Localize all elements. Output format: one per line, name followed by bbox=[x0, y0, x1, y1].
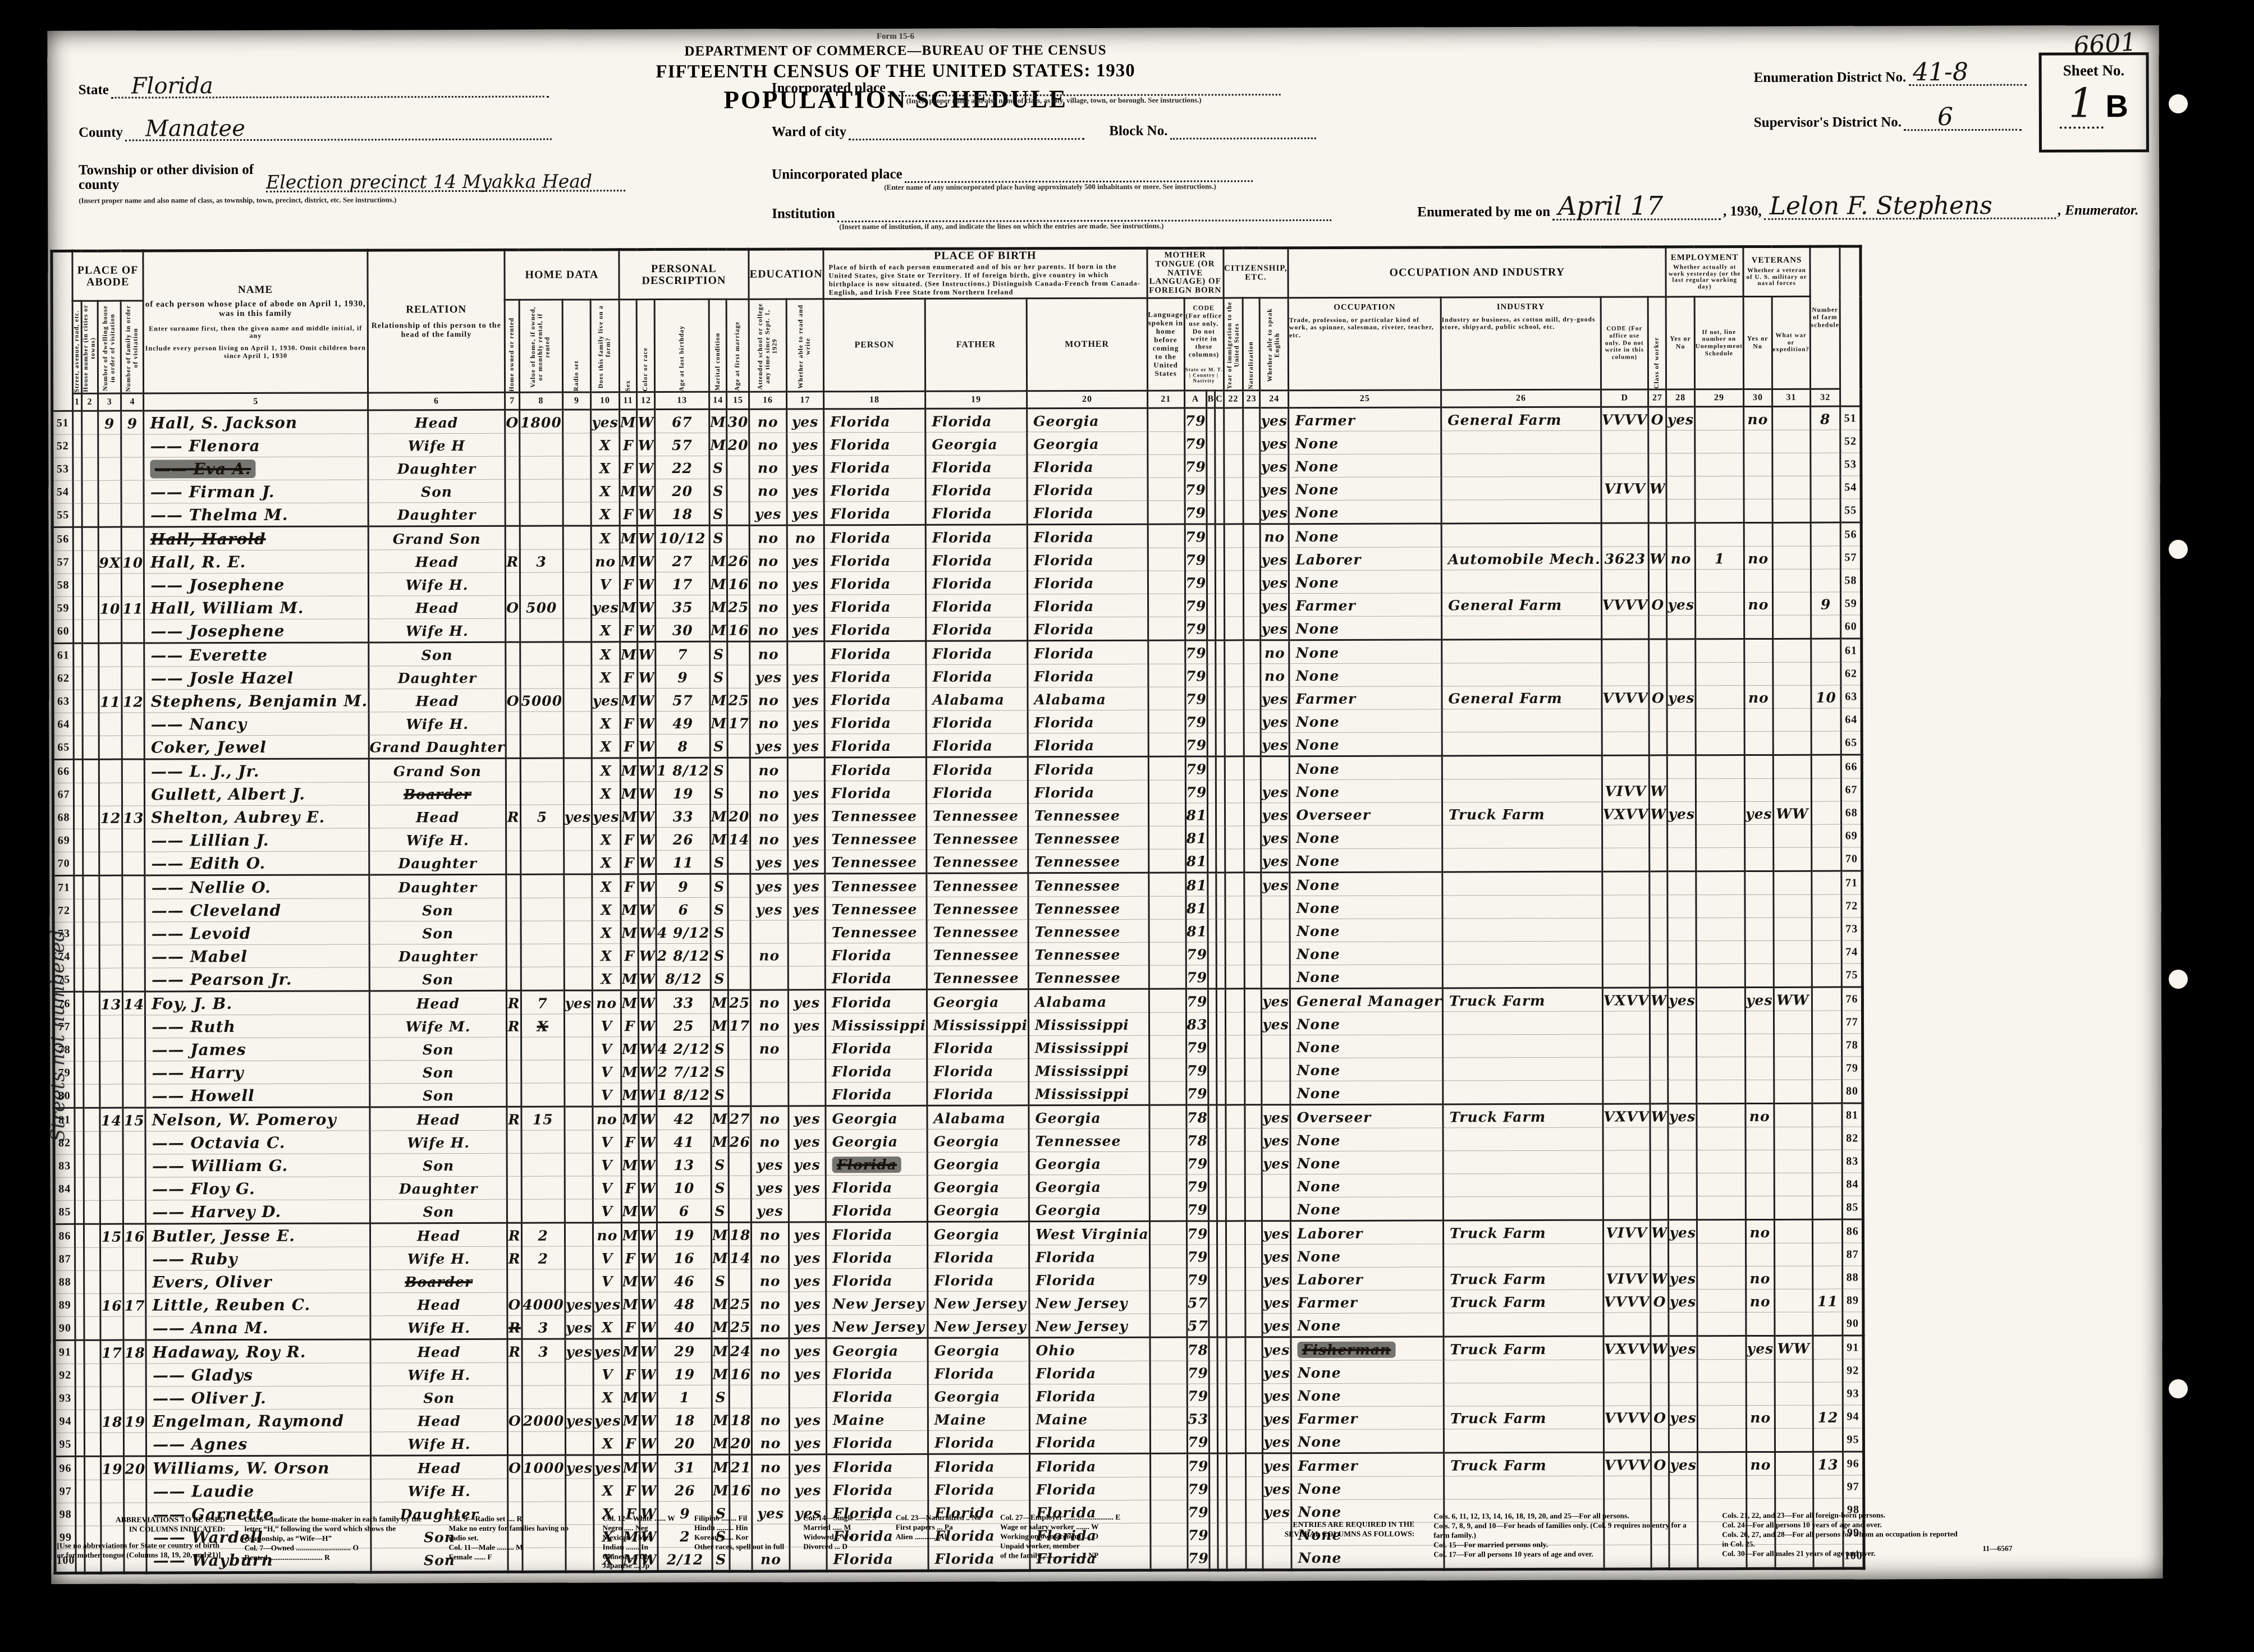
cell-c25: None bbox=[1289, 524, 1442, 548]
cell-c9 bbox=[563, 526, 592, 549]
cell-c20: Georgia bbox=[1029, 1105, 1149, 1129]
cell-c21 bbox=[1150, 1361, 1187, 1384]
cell-c21 bbox=[1150, 1384, 1187, 1407]
line-number: 96 bbox=[55, 1456, 76, 1480]
cell-c6: Wife H. bbox=[370, 1130, 507, 1154]
enumerated-date-field: April 17 bbox=[1552, 208, 1721, 221]
line-number: 84 bbox=[54, 1177, 75, 1200]
cell-cC bbox=[1217, 1035, 1226, 1058]
cell-c19: Florida bbox=[928, 1268, 1029, 1291]
cell-c24: yes bbox=[1260, 455, 1289, 478]
cell-c2 bbox=[83, 945, 99, 968]
cell-c12: W bbox=[639, 1153, 657, 1176]
cell-c8 bbox=[520, 758, 563, 782]
cell-c13: 57 bbox=[656, 688, 710, 711]
cell-c4 bbox=[122, 875, 145, 899]
cell-c27 bbox=[1650, 825, 1667, 848]
cell-cB bbox=[1210, 1477, 1218, 1500]
cell-cA: 81 bbox=[1185, 826, 1208, 849]
cell-c22 bbox=[1226, 1151, 1245, 1174]
cell-c20: Mississippi bbox=[1028, 1012, 1149, 1036]
col-number-cA: A bbox=[1184, 391, 1207, 408]
abbrev-head: ABBREVIATIONS TO BE USED IN COLUMNS INDI… bbox=[57, 1515, 244, 1560]
col-head-c15: Age at first marriage bbox=[727, 299, 749, 392]
cell-c16: no bbox=[751, 1013, 788, 1036]
cell-cA: 79 bbox=[1186, 1035, 1208, 1058]
township-field: Election precinct 14 Myakka Head bbox=[266, 180, 625, 192]
cell-c27 bbox=[1650, 895, 1667, 918]
cell-c2 bbox=[82, 503, 98, 527]
cell-c5: —— Lillian J. bbox=[145, 828, 369, 852]
group-relation: RELATIONRelationship of this person to t… bbox=[368, 250, 505, 393]
cell-c18: Florida bbox=[824, 478, 926, 501]
cell-c19: Florida bbox=[926, 664, 1028, 687]
cell-c32 bbox=[1811, 569, 1840, 592]
cell-c4: 11 bbox=[122, 596, 144, 619]
cell-c14: S bbox=[711, 874, 729, 897]
cell-c6: Wife H. bbox=[370, 1479, 508, 1502]
col-head-c32: Number of farm schedule bbox=[1810, 246, 1840, 389]
cell-c16: no bbox=[751, 1036, 788, 1059]
cell-c10: X bbox=[592, 944, 621, 967]
cell-c29 bbox=[1696, 848, 1745, 871]
cell-c14: M bbox=[712, 1292, 730, 1315]
cell-c14: S bbox=[709, 456, 727, 479]
cell-c19: Georgia bbox=[927, 1198, 1029, 1222]
cell-cD bbox=[1602, 755, 1650, 779]
cell-c25: Laborer bbox=[1291, 1220, 1444, 1245]
cell-c16: no bbox=[749, 479, 786, 502]
cell-c9: yes bbox=[565, 1339, 594, 1362]
cell-c17: yes bbox=[789, 1478, 826, 1501]
cell-c9 bbox=[565, 1246, 593, 1269]
cell-c30 bbox=[1746, 1127, 1774, 1150]
cell-c12: W bbox=[640, 1385, 658, 1408]
cell-cD: VXVV bbox=[1602, 802, 1650, 825]
cell-cC bbox=[1217, 1430, 1226, 1453]
cell-c18: Florida bbox=[826, 1384, 928, 1407]
cell-c23 bbox=[1244, 849, 1261, 873]
cell-c10: yes bbox=[593, 1339, 622, 1362]
cell-cB bbox=[1208, 756, 1216, 780]
cell-cA: 57 bbox=[1186, 1314, 1209, 1337]
cell-c8: 4000 bbox=[522, 1292, 565, 1315]
cell-c8 bbox=[520, 479, 563, 502]
cell-cB bbox=[1210, 1407, 1218, 1430]
cell-c2 bbox=[84, 1387, 100, 1410]
col-head-c7: Home owned or rented bbox=[505, 300, 519, 392]
cell-c15 bbox=[728, 781, 750, 804]
cell-c8 bbox=[521, 1199, 565, 1223]
cell-c32 bbox=[1812, 1127, 1842, 1150]
cell-c24: yes bbox=[1261, 687, 1290, 710]
cell-c5: Hall, S. Jackson bbox=[144, 410, 368, 434]
cell-cB bbox=[1209, 1197, 1217, 1221]
cell-c22 bbox=[1224, 594, 1244, 617]
cell-c16: no bbox=[750, 943, 787, 966]
cell-c2 bbox=[83, 899, 99, 922]
cell-c1 bbox=[75, 1108, 84, 1131]
cell-c7 bbox=[506, 735, 520, 758]
cell-c24: yes bbox=[1259, 408, 1289, 432]
cell-c4 bbox=[122, 783, 145, 806]
cell-c8 bbox=[522, 1385, 565, 1408]
cell-c24: yes bbox=[1262, 1128, 1291, 1151]
cell-c20: Florida bbox=[1027, 455, 1148, 478]
cell-c2 bbox=[83, 619, 99, 643]
cell-c11: F bbox=[619, 433, 637, 456]
cell-c15: 16 bbox=[727, 572, 750, 595]
cell-c17: yes bbox=[787, 711, 824, 734]
cell-cC bbox=[1215, 432, 1224, 455]
cell-c12: W bbox=[638, 944, 656, 967]
cell-c13: 1 8/12 bbox=[656, 758, 711, 781]
cell-c17: yes bbox=[789, 1269, 826, 1292]
cell-c9 bbox=[565, 1153, 593, 1176]
cell-c8 bbox=[520, 618, 563, 642]
cell-c14: S bbox=[711, 1176, 729, 1199]
abbrev-col-4: Filipino ........ Fil Hindu ......... Hi… bbox=[694, 1514, 784, 1552]
entries-left: Cols. 6, 11, 12, 13, 14, 16, 18, 19, 20,… bbox=[1433, 1511, 1703, 1559]
cell-c12: W bbox=[637, 410, 655, 433]
col-number-c22: 22 bbox=[1224, 391, 1243, 408]
cell-c2 bbox=[84, 1200, 100, 1224]
cell-c31 bbox=[1772, 546, 1811, 569]
cell-c5: —— Harvey D. bbox=[146, 1200, 370, 1224]
cell-c4 bbox=[122, 573, 144, 596]
line-number: 60 bbox=[1841, 615, 1862, 639]
cell-c4 bbox=[122, 667, 144, 690]
cell-c24: yes bbox=[1261, 989, 1290, 1012]
line-number: 95 bbox=[1843, 1428, 1864, 1452]
cell-c20: Tennessee bbox=[1029, 1128, 1149, 1152]
cell-cB bbox=[1207, 478, 1215, 501]
cell-c14: S bbox=[709, 479, 727, 502]
cell-c10: X bbox=[592, 874, 621, 898]
cell-cA: 78 bbox=[1187, 1337, 1210, 1361]
cell-c3 bbox=[98, 457, 121, 480]
cell-cB bbox=[1207, 548, 1216, 571]
cell-c23 bbox=[1244, 687, 1260, 710]
cell-c1 bbox=[74, 759, 83, 783]
line-number: 58 bbox=[52, 573, 73, 596]
cell-c32 bbox=[1813, 1243, 1843, 1266]
cell-c10: X bbox=[591, 433, 620, 456]
cell-c31 bbox=[1773, 755, 1812, 778]
cell-c10: yes bbox=[592, 805, 621, 828]
line-number: 96 bbox=[1843, 1452, 1864, 1475]
cell-c5: —— Josephene bbox=[144, 619, 369, 643]
cell-c27: W bbox=[1651, 1336, 1669, 1360]
cell-c8 bbox=[521, 921, 564, 944]
cell-cC bbox=[1215, 571, 1224, 594]
cell-c31 bbox=[1774, 963, 1812, 987]
cell-c15: 30 bbox=[727, 409, 749, 433]
cell-c26 bbox=[1444, 1360, 1604, 1383]
cell-c26 bbox=[1444, 1383, 1604, 1406]
cell-c30 bbox=[1744, 522, 1772, 546]
cell-c28: yes bbox=[1667, 802, 1696, 825]
cell-c31 bbox=[1772, 522, 1811, 546]
cell-c30 bbox=[1744, 778, 1773, 801]
cell-c22 bbox=[1226, 1453, 1246, 1477]
cell-c7: R bbox=[506, 805, 521, 828]
cell-c8: 3 bbox=[520, 549, 563, 572]
cell-c19: Florida bbox=[927, 1036, 1029, 1059]
cell-cC bbox=[1216, 873, 1225, 896]
cell-c18: Georgia bbox=[826, 1338, 928, 1361]
cell-c15: 14 bbox=[729, 1246, 752, 1269]
cell-c10: X bbox=[592, 782, 620, 805]
cell-c8 bbox=[520, 782, 563, 805]
cell-c4 bbox=[121, 457, 144, 480]
cell-c28 bbox=[1669, 1196, 1697, 1220]
cell-c2 bbox=[84, 1131, 100, 1154]
cell-cC bbox=[1217, 1361, 1226, 1384]
cell-c32 bbox=[1811, 430, 1840, 453]
cell-c24: yes bbox=[1262, 1453, 1291, 1477]
cell-c23 bbox=[1245, 1151, 1262, 1174]
cell-c12: W bbox=[639, 1362, 657, 1385]
cell-c29: 1 bbox=[1695, 547, 1744, 570]
cell-c10: yes bbox=[593, 1292, 622, 1315]
cell-c24: yes bbox=[1261, 849, 1290, 873]
cell-c6: Son bbox=[370, 1083, 507, 1107]
cell-c13: 8/12 bbox=[657, 966, 711, 990]
cell-c21 bbox=[1149, 1245, 1186, 1268]
cell-c17 bbox=[788, 1059, 825, 1082]
cell-c14: S bbox=[710, 734, 728, 758]
cell-c3 bbox=[99, 852, 122, 875]
cell-c7 bbox=[507, 1385, 522, 1408]
cell-c17 bbox=[788, 943, 825, 966]
cell-cC bbox=[1217, 1081, 1226, 1105]
cell-c20: Florida bbox=[1029, 1361, 1150, 1384]
cell-c15: 24 bbox=[729, 1338, 752, 1362]
cell-c15: 18 bbox=[730, 1408, 752, 1431]
cell-c11: F bbox=[620, 851, 638, 874]
cell-cB bbox=[1209, 1314, 1217, 1337]
cell-c16: no bbox=[750, 549, 787, 572]
cell-cD: VVVV bbox=[1604, 1452, 1651, 1476]
cell-c28: yes bbox=[1669, 1220, 1697, 1243]
cell-cA: 79 bbox=[1185, 594, 1207, 617]
cell-c1 bbox=[73, 573, 82, 596]
cell-c17: yes bbox=[788, 990, 826, 1013]
cell-c29 bbox=[1697, 1266, 1746, 1290]
cell-c27: W bbox=[1650, 988, 1668, 1011]
cell-c27 bbox=[1650, 1080, 1668, 1104]
cell-c31 bbox=[1775, 1475, 1813, 1498]
cell-c32 bbox=[1811, 615, 1841, 639]
cell-c22 bbox=[1226, 1268, 1245, 1291]
cell-c20: Florida bbox=[1030, 1477, 1151, 1500]
cell-c31 bbox=[1773, 708, 1812, 731]
cell-c4 bbox=[123, 1316, 146, 1340]
cell-c10: X bbox=[593, 1385, 622, 1408]
cell-cD bbox=[1601, 453, 1649, 476]
cell-c10: yes bbox=[592, 595, 620, 618]
cell-c8 bbox=[520, 433, 563, 456]
cell-c18: Mississippi bbox=[826, 1013, 927, 1036]
cell-c27: W bbox=[1650, 1104, 1668, 1127]
cell-c10: no bbox=[591, 549, 620, 572]
cell-c13: 49 bbox=[656, 711, 710, 734]
cell-cB bbox=[1207, 455, 1215, 478]
cell-c7 bbox=[507, 1130, 521, 1153]
cell-cC bbox=[1217, 1268, 1226, 1291]
cell-c15 bbox=[729, 1199, 752, 1222]
cell-c1 bbox=[74, 713, 83, 736]
cell-c7 bbox=[505, 479, 520, 502]
cell-cC bbox=[1217, 1337, 1226, 1361]
cell-c15 bbox=[730, 1385, 752, 1408]
cell-c3 bbox=[99, 783, 122, 806]
cell-c6: Head bbox=[368, 549, 506, 573]
cell-c30 bbox=[1744, 615, 1773, 639]
cell-c1 bbox=[74, 690, 83, 713]
cell-c15 bbox=[727, 502, 750, 525]
cell-c31 bbox=[1772, 476, 1811, 499]
cell-c11: M bbox=[621, 1107, 639, 1130]
cell-c16: no bbox=[752, 1222, 789, 1246]
cell-c23 bbox=[1244, 896, 1261, 919]
cell-c14: S bbox=[711, 1059, 729, 1082]
cell-c7 bbox=[506, 666, 520, 689]
cell-c23 bbox=[1245, 1035, 1261, 1058]
cell-c26: General Farm bbox=[1441, 407, 1601, 431]
census-scan-page: { "scan": { "corner_number": "6601", "ma… bbox=[0, 0, 2254, 1652]
cell-c24: yes bbox=[1261, 710, 1290, 733]
cell-cD bbox=[1604, 1313, 1651, 1336]
cell-cB bbox=[1208, 733, 1216, 756]
cell-c29 bbox=[1696, 663, 1744, 686]
line-number: 60 bbox=[53, 619, 74, 643]
cell-c9 bbox=[564, 944, 593, 967]
cell-c1 bbox=[74, 945, 83, 968]
cell-cD bbox=[1602, 1057, 1650, 1080]
col-head-c30: Yes or No bbox=[1743, 296, 1772, 389]
cell-c8 bbox=[520, 642, 563, 666]
cell-c9 bbox=[563, 758, 592, 782]
cell-c24: yes bbox=[1261, 733, 1290, 756]
cell-c28 bbox=[1667, 825, 1696, 848]
cell-c12: W bbox=[639, 1223, 657, 1246]
cell-c21 bbox=[1148, 803, 1185, 826]
cell-c32: 12 bbox=[1813, 1405, 1843, 1428]
line-number: 66 bbox=[1841, 755, 1862, 778]
abbrev-col-2: Col. 9—Radio set .... R Make no entry fo… bbox=[448, 1514, 583, 1562]
cell-c6: Daughter bbox=[368, 502, 506, 526]
cell-cC bbox=[1216, 919, 1225, 942]
cell-cA: 79 bbox=[1186, 965, 1208, 989]
cell-c19: Florida bbox=[928, 1245, 1029, 1268]
cell-c21 bbox=[1147, 408, 1184, 432]
cell-c12: W bbox=[637, 456, 655, 479]
cell-cA: 79 bbox=[1187, 1384, 1210, 1407]
col-number-c10: 10 bbox=[591, 392, 620, 410]
cell-c29 bbox=[1697, 1034, 1746, 1057]
cell-c16: yes bbox=[751, 1153, 788, 1176]
cell-c20: West Virginia bbox=[1029, 1221, 1149, 1245]
col-number-c13: 13 bbox=[655, 392, 709, 409]
cell-c3 bbox=[99, 713, 122, 736]
cell-c31 bbox=[1774, 1289, 1813, 1312]
cell-c27 bbox=[1650, 941, 1667, 964]
cell-c15 bbox=[727, 641, 750, 665]
cell-c32 bbox=[1811, 778, 1841, 801]
cell-c25: Farmer bbox=[1289, 686, 1442, 710]
cell-c26 bbox=[1443, 1173, 1603, 1197]
cell-c27 bbox=[1650, 1127, 1668, 1150]
cell-c27: W bbox=[1650, 802, 1667, 825]
cell-c15: 17 bbox=[728, 711, 750, 734]
cell-c2 bbox=[83, 829, 99, 852]
cell-c22 bbox=[1226, 1361, 1246, 1384]
cell-c4: 13 bbox=[122, 806, 145, 829]
cell-c17: yes bbox=[789, 1315, 827, 1338]
cell-c13: 2 8/12 bbox=[657, 943, 711, 966]
cell-c27 bbox=[1651, 1360, 1669, 1383]
cell-c24: yes bbox=[1262, 1337, 1291, 1361]
cell-c4 bbox=[123, 968, 145, 992]
cell-c30: no bbox=[1746, 1405, 1775, 1428]
cell-c8 bbox=[520, 572, 563, 595]
cell-c24 bbox=[1261, 1035, 1290, 1058]
cell-c17 bbox=[787, 641, 824, 665]
col-number-cB: B bbox=[1207, 391, 1215, 408]
cell-c27 bbox=[1650, 848, 1667, 871]
line-col-head bbox=[1840, 246, 1861, 406]
cell-c29 bbox=[1695, 499, 1744, 523]
cell-c8: 5000 bbox=[520, 689, 563, 712]
cell-c11: M bbox=[620, 758, 638, 782]
cell-c12: W bbox=[638, 595, 656, 618]
cell-c32 bbox=[1811, 662, 1841, 685]
cell-c11: F bbox=[621, 1014, 639, 1037]
cell-c14: S bbox=[711, 1269, 729, 1292]
cell-cD: VVVV bbox=[1601, 407, 1648, 430]
cell-cB bbox=[1208, 989, 1217, 1012]
cell-c3: 9X bbox=[98, 550, 122, 573]
cell-c28 bbox=[1667, 523, 1696, 547]
cell-c3 bbox=[100, 1433, 124, 1456]
line-number: 86 bbox=[54, 1224, 75, 1247]
cell-c4 bbox=[124, 1364, 146, 1387]
cell-c31 bbox=[1774, 1103, 1812, 1127]
cell-cD bbox=[1603, 1196, 1651, 1220]
line-number: 79 bbox=[1842, 1057, 1863, 1080]
cell-cB bbox=[1208, 803, 1216, 826]
cell-c27 bbox=[1650, 755, 1667, 779]
cell-c9 bbox=[565, 1176, 593, 1199]
cell-c13: 67 bbox=[655, 409, 709, 433]
cell-c8 bbox=[521, 967, 564, 990]
cell-c9 bbox=[563, 782, 592, 805]
cell-c25: None bbox=[1290, 1035, 1443, 1058]
cell-c6: Grand Daughter bbox=[369, 735, 506, 759]
col-number-c32: 32 bbox=[1811, 389, 1840, 406]
col-head-c4: Number of family in order of visitation bbox=[121, 301, 144, 393]
institution-label: Institution bbox=[772, 206, 835, 221]
cell-c6: Son bbox=[369, 1037, 507, 1061]
cell-cB bbox=[1209, 1268, 1217, 1291]
cell-c15 bbox=[729, 920, 751, 943]
cell-c28: yes bbox=[1669, 1336, 1697, 1360]
cell-c7 bbox=[507, 1176, 521, 1199]
cell-c24: no bbox=[1261, 640, 1290, 664]
cell-c16: no bbox=[752, 1478, 789, 1501]
